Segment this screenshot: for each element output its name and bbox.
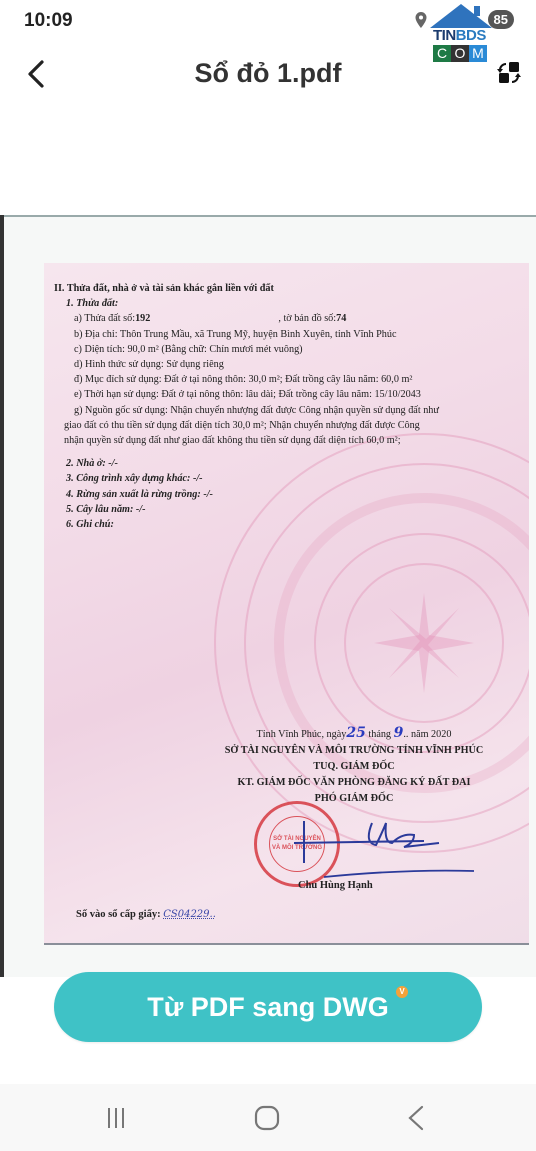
line-d: d) Hình thức sử dụng: Sử dụng riêng (54, 357, 524, 372)
item-notes: 6. Ghi chú: (54, 517, 524, 532)
item-house: 2. Nhà ở: -/- (54, 456, 524, 471)
recent-apps-icon (96, 1100, 136, 1136)
subsection-title: 1. Thửa đất: (54, 296, 524, 311)
vip-badge-icon: V (396, 986, 408, 998)
section-title: II. Thửa đất, nhà ở và tài sản khác gắn … (54, 281, 524, 296)
pdf-viewer[interactable]: II. Thửa đất, nhà ở và tài sản khác gắn … (0, 215, 536, 977)
system-nav-bar (0, 1084, 536, 1151)
sign-org: SỞ TÀI NGUYÊN VÀ MÔI TRƯỜNG TỈNH VĨNH PH… (184, 743, 524, 759)
line-c: c) Diện tích: 90,0 m² (Bằng chữ: Chín mư… (54, 342, 524, 357)
home-icon (247, 1100, 287, 1136)
item-other-construction: 3. Công trình xây dựng khác: -/- (54, 471, 524, 486)
status-time: 10:09 (24, 10, 73, 32)
item-perennial: 5. Cây lâu năm: -/- (54, 502, 524, 517)
line-e: e) Thời hạn sử dụng: Đất ở tại nông thôn… (54, 387, 524, 402)
sign-line2: TUQ. GIÁM ĐỐC (184, 759, 524, 775)
line-b: b) Địa chỉ: Thôn Trung Mầu, xã Trung Mỹ,… (54, 327, 524, 342)
sign-line3: KT. GIÁM ĐỐC VĂN PHÒNG ĐĂNG KÝ ĐẤT ĐAI (184, 775, 524, 791)
watermark-text-top: TINBDS (433, 27, 486, 44)
certificate-text: II. Thửa đất, nhà ở và tài sản khác gắn … (54, 281, 524, 532)
app-header: Sổ đỏ 1.pdf (0, 44, 536, 104)
drum-star-icon (374, 593, 474, 693)
convert-icon (496, 60, 522, 86)
convert-format-button[interactable] (496, 60, 522, 86)
signer-name: Chu Hùng Hạnh (298, 880, 373, 891)
page-title: Sổ đỏ 1.pdf (0, 58, 536, 89)
scan-edge-top (0, 215, 536, 217)
signature-block: Tỉnh Vĩnh Phúc, ngày25 tháng 9.. năm 202… (184, 725, 524, 807)
registration-number: Số vào sổ cấp giấy: CS04229.. (76, 909, 216, 920)
line-g3: nhận quyền sử dụng đất như giao đất khôn… (54, 433, 524, 448)
line-g2: giao đất có thu tiền sử dụng đất diện tí… (54, 418, 524, 433)
line-a: a) Thửa đất số:192, tờ bản đồ số:74 (54, 311, 524, 326)
pdf-to-dwg-button[interactable]: Từ PDF sang DWG V (54, 972, 482, 1042)
location-icon (414, 11, 428, 29)
line-g1: g) Nguồn gốc sử dụng: Nhận chuyển nhượng… (54, 403, 524, 418)
line-dd: đ) Mục đích sử dụng: Đất ở tại nông thôn… (54, 372, 524, 387)
nav-back-button[interactable] (396, 1100, 436, 1136)
item-forest: 4. Rừng sản xuất là rừng trồng: -/- (54, 487, 524, 502)
scan-edge-left (0, 215, 4, 977)
certificate-page: II. Thửa đất, nhà ở và tài sản khác gắn … (44, 263, 529, 945)
home-button[interactable] (247, 1100, 287, 1136)
recent-apps-button[interactable] (96, 1100, 136, 1136)
back-arrow-icon (396, 1100, 436, 1136)
signature-scribble (264, 803, 484, 883)
sign-date: Tỉnh Vĩnh Phúc, ngày25 tháng 9.. năm 202… (184, 725, 524, 743)
